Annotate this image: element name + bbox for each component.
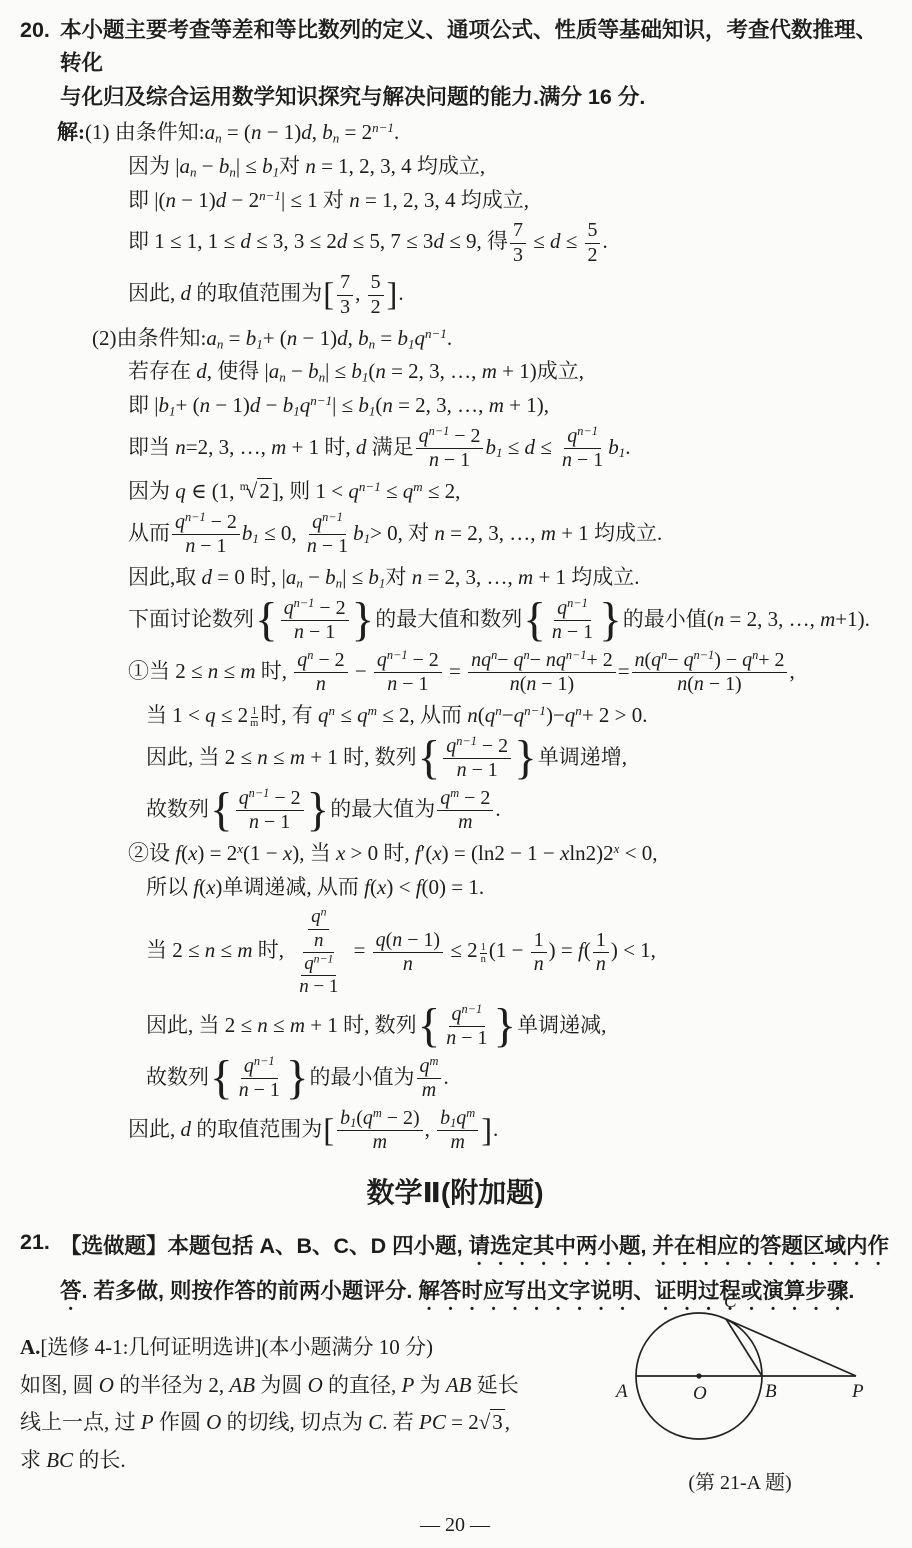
figure-label-P: P [851, 1381, 864, 1402]
text-line: 因为 |an − bn| ≤ b1对 n = 1, 2, 3, 4 均成立, [128, 152, 890, 182]
tangent-CP [726, 1319, 856, 1376]
text-line: 即 |(n − 1)d − 2n−1| ≤ 1 对 n = 1, 2, 3, 4… [128, 186, 890, 216]
text-line: A.[选修 4-1:几何证明选讲](本小题满分 10 分) [20, 1333, 594, 1363]
text-line: 若存在 d, 使得 |an − bn| ≤ b1(n = 2, 3, …, m … [128, 357, 890, 387]
text-line: ①当 2 ≤ n ≤ m 时, qn − 2n − qn−1 − 2n − 1 … [128, 649, 890, 697]
exam-page: 20. 本小题主要考查等差和等比数列的定义、通项公式、性质等基础知识，考查代数推… [0, 0, 912, 1548]
center-dot [696, 1373, 701, 1378]
text-line: ②设 f(x) = 2x(1 − x), 当 x > 0 时, f′(x) = … [128, 839, 890, 869]
text-line: 下面讨论数列{qn−1 − 2n − 1}的最大值和数列{qn−1n − 1}的… [128, 597, 890, 645]
text-line: 当 2 ≤ n ≤ m 时, qnnqn−1n − 1 = q(n − 1)n … [146, 906, 890, 998]
text-line: 即 |b1+ (n − 1)d − b1qn−1| ≤ b1(n = 2, 3,… [128, 391, 890, 421]
text-line: 故数列{qn−1n − 1}的最小值为qmm. [146, 1055, 890, 1103]
text-line: 即 1 ≤ 1, 1 ≤ d ≤ 3, 3 ≤ 2d ≤ 5, 7 ≤ 3d ≤… [128, 219, 890, 267]
figure-label-O: O [693, 1383, 707, 1404]
text-line: 因此, 当 2 ≤ n ≤ m + 1 时, 数列{qn−1 − 2n − 1}… [146, 735, 890, 783]
section-title: 数学Ⅱ(附加题) [20, 1173, 890, 1213]
text-line: 因此,取 d = 0 时, |an − bn| ≤ b1对 n = 2, 3, … [128, 563, 890, 593]
problem-21-number: 21. [20, 1225, 60, 1319]
text-line: 故数列{qn−1 − 2n − 1}的最大值为qm − 2m. [146, 787, 890, 835]
problem-20-number: 20. [20, 14, 60, 114]
text-line: 解:(1) 由条件知:an = (n − 1)d, bn = 2n−1. [57, 118, 890, 148]
problem-20-statement: 20. 本小题主要考查等差和等比数列的定义、通项公式、性质等基础知识，考查代数推… [20, 14, 890, 114]
page-number: — 20 — [20, 1511, 890, 1539]
figure-label-A: A [614, 1381, 628, 1402]
text-line: 因此, 当 2 ≤ n ≤ m + 1 时, 数列{qn−1n − 1}单调递减… [146, 1003, 890, 1051]
text-line: 即当 n=2, 3, …, m + 1 时, d 满足qn−1 − 2n − 1… [128, 425, 890, 473]
figure-label-C: C [724, 1291, 737, 1312]
text-line: 所以 f(x)单调递减, 从而 f(x) < f(0) = 1. [146, 873, 890, 903]
text-line: 从而qn−1 − 2n − 1b1 ≤ 0, qn−1n − 1b1> 0, 对… [128, 511, 890, 559]
text-line: 求 BC 的长. [20, 1446, 594, 1476]
problem-21a-block: A.[选修 4-1:几何证明选讲](本小题满分 10 分)如图, 圆 O 的半径… [20, 1325, 890, 1497]
text-line: 如图, 圆 O 的半径为 2, AB 为圆 O 的直径, P 为 AB 延长 [20, 1371, 594, 1401]
text-line: 【选做题】本题包括 A、B、C、D 四小题, 请选定其中两小题, 并在相应的答题… [60, 1229, 890, 1270]
text-line: 线上一点, 过 P 作圆 O 的切线, 切点为 C. 若 PC = 2√3, [20, 1408, 594, 1438]
text-line: 因此, d 的取值范围为[73, 52]. [128, 271, 890, 319]
problem-20-statement-line: 与化归及综合运用数学知识探究与解决问题的能力.满分 16 分. [60, 81, 890, 114]
figure-caption: (第 21-A 题) [594, 1469, 886, 1497]
problem-20-statement-line: 本小题主要考查等差和等比数列的定义、通项公式、性质等基础知识，考查代数推理、转化 [60, 14, 890, 81]
problem-21a-text: A.[选修 4-1:几何证明选讲](本小题满分 10 分)如图, 圆 O 的半径… [20, 1325, 594, 1484]
text-line: 当 1 < q ≤ 21m时, 有 qn ≤ qm ≤ 2, 从而 n(qn−q… [146, 701, 890, 731]
geometry-figure-svg: A O B P C [594, 1291, 886, 1469]
figure-label-B: B [765, 1381, 777, 1402]
text-line: 因此, d 的取值范围为[b1(qm − 2)m, b1qmm]. [128, 1107, 890, 1155]
problem-20-solution: 解:(1) 由条件知:an = (n − 1)d, bn = 2n−1.因为 |… [20, 118, 890, 1155]
figure-21a: A O B P C (第 21-A 题) [594, 1291, 886, 1497]
text-line: 因为 q ∈ (1, m√2], 则 1 < qn−1 ≤ qm ≤ 2, [128, 477, 890, 507]
text-line: (2)由条件知:an = b1+ (n − 1)d, bn = b1qn−1. [92, 324, 890, 354]
